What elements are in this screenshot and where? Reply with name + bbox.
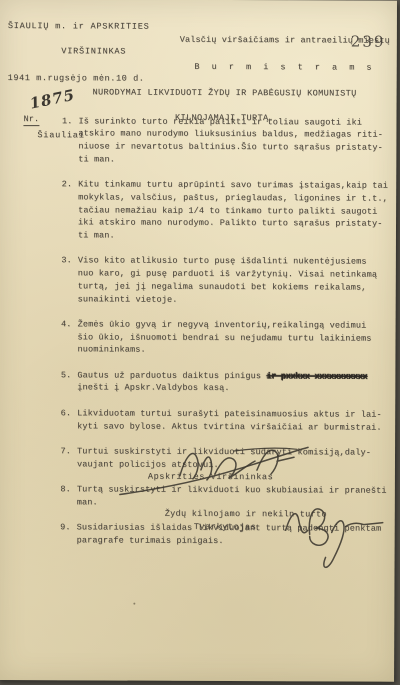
item-text: Kitu tinkamu turtu aprūpinti savo turima… bbox=[78, 179, 394, 244]
number-label: Nr. bbox=[23, 114, 39, 126]
list-item: 5. Gautus už parduotus daiktus pinigus i… bbox=[55, 369, 393, 396]
list-item: 1. Iš surinkto turto reikia palikti ir t… bbox=[56, 115, 394, 167]
item-number: 5. bbox=[55, 369, 71, 394]
item-text: Žemės ūkio gyvą ir negyvą inventorių,rei… bbox=[77, 318, 393, 357]
administrator-signature-handwriting bbox=[247, 500, 387, 576]
item-number: 4. bbox=[55, 318, 71, 356]
item-text: Iš surinkto turto reikia palikti ir toli… bbox=[78, 115, 394, 167]
list-item: 2. Kitu tinkamu turtu aprūpinti savo tur… bbox=[56, 178, 394, 243]
chief-signature-handwriting bbox=[116, 440, 314, 499]
item-number: 3. bbox=[56, 255, 72, 306]
page-number-stamp: 239 bbox=[351, 33, 386, 51]
item-number: 9. bbox=[55, 521, 71, 546]
list-item: 3. Viso kito atlikusio turto pusę išdali… bbox=[56, 255, 394, 307]
list-item: 4. Žemės ūkio gyvą ir negyvą inventorių,… bbox=[55, 318, 393, 358]
paper-speck bbox=[133, 603, 135, 605]
item-text: Viso kito atlikusio turto pusę išdalinti… bbox=[78, 255, 394, 307]
item-number: 6. bbox=[55, 407, 71, 432]
item-number: 8. bbox=[55, 483, 71, 508]
chief-signature-caption: Apskrities Viršininkas bbox=[148, 471, 273, 484]
sender-office-line2: VIRŠININKAS bbox=[8, 45, 180, 58]
item-text-before: Gautus už parduotus daiktus pinigus bbox=[77, 370, 266, 381]
scanned-document-photo: { "doc": { "sender": { "office_line1": "… bbox=[0, 0, 400, 685]
item-number: 1. bbox=[56, 115, 72, 166]
title-line1: NURODYMAI LIKVIDUOTI ŽYDŲ IR PABĖGUSIŲ K… bbox=[60, 86, 390, 100]
item-number: 7. bbox=[55, 445, 71, 470]
item-number: 2. bbox=[56, 178, 72, 242]
list-item: 6. Likviduotam turtui surašyti pateisina… bbox=[55, 407, 393, 434]
obliterated-text: ir pxxkxx xxxxxxxxxxx bbox=[266, 371, 367, 381]
recipient-line2: B u r m i s t r a m s bbox=[178, 61, 392, 75]
document-paper-sheet: ŠIAULIŲ m. ir APSKRITIES VIRŠININKAS 194… bbox=[0, 0, 397, 682]
item-text: Likviduotam turtui surašyti pateisinamuo… bbox=[77, 407, 393, 434]
sender-office-line1: ŠIAULIŲ m. ir APSKRITIES bbox=[8, 20, 180, 33]
item-text-with-strikeout: Gautus už parduotus daiktus pinigus ir p… bbox=[77, 369, 393, 396]
